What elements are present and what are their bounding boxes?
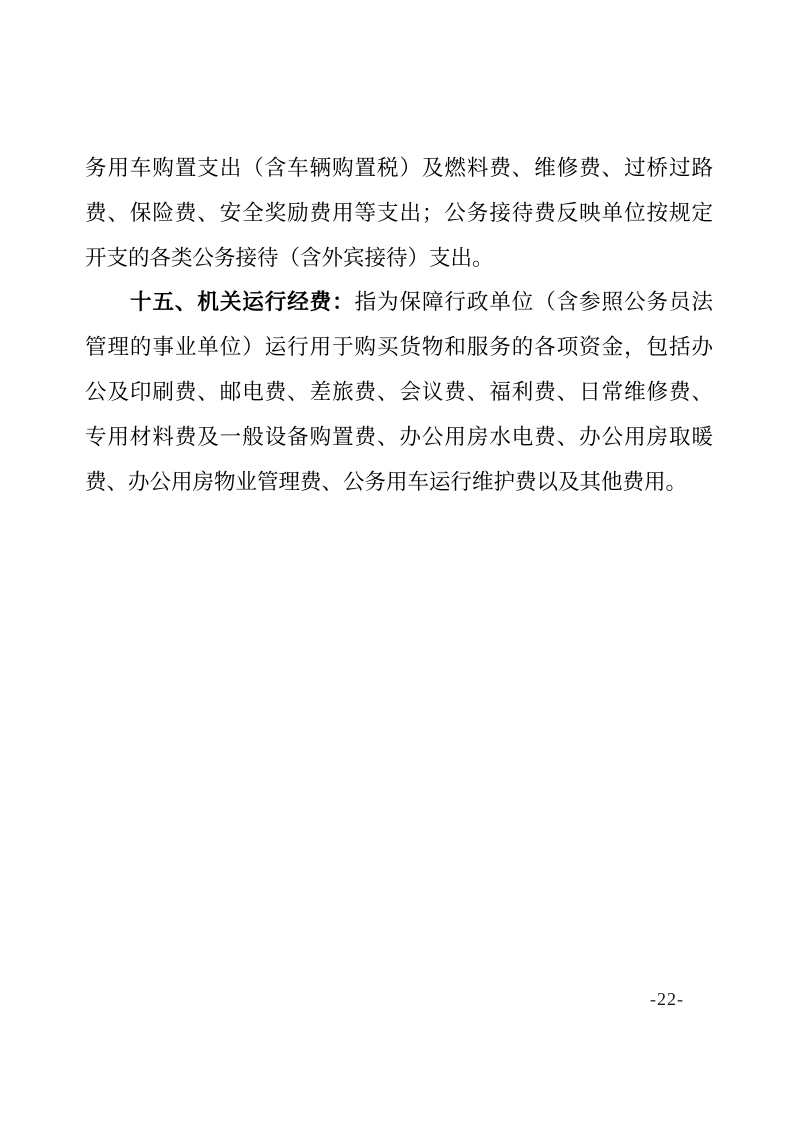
- text-run: 管理的事业单位）运行用于购买货物和服务的各项资金，包括办: [85, 335, 713, 359]
- paragraph: 十五、机关运行经费：指为保障行政单位（含参照公务员法管理的事业单位）运行用于购买…: [85, 280, 713, 504]
- text-run: 指为保障行政单位（含参照公务员法: [355, 290, 713, 314]
- text-line: 公及印刷费、邮电费、差旅费、会议费、福利费、日常维修费、: [85, 370, 713, 415]
- text-line: 十五、机关运行经费：指为保障行政单位（含参照公务员法: [85, 280, 713, 325]
- text-run: 务用车购置支出（含车辆购置税）及燃料费、维修费、过桥过路: [85, 156, 713, 180]
- page-number: -22-: [650, 988, 684, 1010]
- text-line: 专用材料费及一般设备购置费、办公用房水电费、办公用房取暖: [85, 415, 713, 460]
- document-page: 务用车购置支出（含车辆购置税）及燃料费、维修费、过桥过路费、保险费、安全奖励费用…: [0, 0, 793, 1122]
- text-run: 开支的各类公务接待（含外宾接待）支出。: [85, 246, 494, 270]
- text-run: 专用材料费及一般设备购置费、办公用房水电费、办公用房取暖: [85, 425, 713, 449]
- text-run: 费、保险费、安全奖励费用等支出；公务接待费反映单位按规定: [85, 201, 713, 225]
- text-line: 开支的各类公务接待（含外宾接待）支出。: [85, 236, 713, 281]
- section-heading-bold: 十五、机关运行经费：: [130, 290, 355, 314]
- text-line: 务用车购置支出（含车辆购置税）及燃料费、维修费、过桥过路: [85, 146, 713, 191]
- text-line: 管理的事业单位）运行用于购买货物和服务的各项资金，包括办: [85, 325, 713, 370]
- text-run: 费、办公用房物业管理费、公务用车运行维护费以及其他费用。: [85, 470, 687, 494]
- document-body: 务用车购置支出（含车辆购置税）及燃料费、维修费、过桥过路费、保险费、安全奖励费用…: [85, 146, 713, 504]
- paragraph: 务用车购置支出（含车辆购置税）及燃料费、维修费、过桥过路费、保险费、安全奖励费用…: [85, 146, 713, 280]
- text-line: 费、办公用房物业管理费、公务用车运行维护费以及其他费用。: [85, 460, 713, 505]
- text-line: 费、保险费、安全奖励费用等支出；公务接待费反映单位按规定: [85, 191, 713, 236]
- text-run: 公及印刷费、邮电费、差旅费、会议费、福利费、日常维修费、: [85, 380, 713, 404]
